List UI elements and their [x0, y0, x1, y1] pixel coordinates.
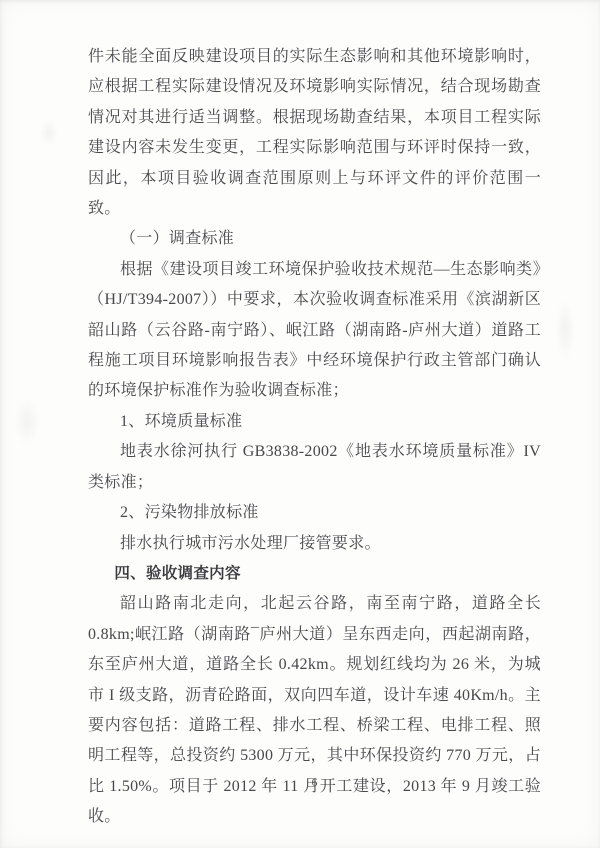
scan-smudge: [555, 300, 575, 360]
paragraph-project-description: 韶山路南北走向，北起云谷路，南至南宁路，道路全长 0.8km;岷江路（湖南路¯庐…: [88, 589, 541, 832]
scan-smudge: [40, 120, 58, 146]
paragraph-drainage-requirement: 排水执行城市污水处理厂接管要求。: [88, 529, 541, 559]
scan-smudge: [14, 398, 40, 446]
document-text-block: 件未能全面反映建设项目的实际生态影响和其他环境影响时，应根据工程实际建设情况及环…: [88, 42, 541, 833]
scanned-document-page: 件未能全面反映建设项目的实际生态影响和其他环境影响时，应根据工程实际建设情况及环…: [0, 0, 600, 848]
item-pollutant-discharge-standard: 2、污染物排放标准: [88, 498, 541, 528]
subheading-survey-standard: （一）调查标准: [88, 224, 541, 254]
paragraph-standard-basis: 根据《建设项目竣工环境保护验收技术规范—生态影响类》（HJ/T394-2007）…: [88, 255, 541, 407]
section-heading-survey-content: 四、验收调查内容: [88, 559, 541, 589]
page-number: 6: [88, 775, 541, 790]
item-environment-quality-standard: 1、环境质量标准: [88, 407, 541, 437]
paragraph-scope-continued: 件未能全面反映建设项目的实际生态影响和其他环境影响时，应根据工程实际建设情况及环…: [88, 42, 541, 224]
paragraph-surface-water-standard: 地表水徐河执行 GB3838-2002《地表水环境质量标准》IV 类标准；: [88, 437, 541, 498]
